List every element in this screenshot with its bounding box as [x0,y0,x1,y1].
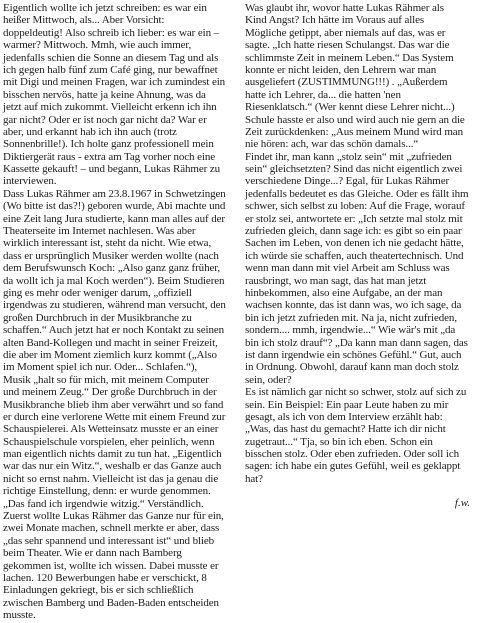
text-line: Zeit zurückdenken: „Aus meinem Mund wird… [245,126,478,138]
text-line: zwei Monate machen, schnell merkte er ab… [3,522,241,534]
text-line: eine Zeit lang Jura studierte, kann man … [3,213,241,225]
text-line: Theaterseite im Internet nachlesen. Was … [3,225,241,237]
text-line: sein, oder? [245,374,478,386]
text-line: wirklich interessant ist, steht da nicht… [3,237,241,249]
text-line: aber, und erkannt hab ich ihn auch (trot… [3,126,241,138]
text-line: wachsen konnte, das ist dann was, wo ich… [245,299,478,311]
text-line: bisschen stolz. Oder eben zufrieden. Ode… [245,448,478,460]
text-line: jedenfalls schien die Sonne an diesem Ta… [3,52,241,64]
text-line: „das sehr spannend und interessant ist“ … [3,535,241,547]
text-line: konnte er nicht leiden, den Lehrern war … [245,64,478,76]
text-line: „Was, das hast du gemacht? Hatte ich dir… [245,423,478,435]
text-line: sein“ gleichsetzten? Sind das nicht eige… [245,163,478,175]
text-line: irgendwas zu studieren, während man vers… [3,299,241,311]
text-line: zugetraut...“ Tja, so bin ich eben. Scho… [245,436,478,448]
text-line: warmer? Mittwoch. Mmh, wie auch immer, [3,39,241,51]
text-line: Kind Angst? Ich hätte im Voraus auf alle… [245,14,478,26]
text-line: Was glaubt ihr, wovor hatte Lukas Rähmer… [245,2,478,14]
text-line: ging es mehr oder weniger darum, „offizi… [3,287,241,299]
text-line: in Ordnung. Obwohl, darauf kann man doch… [245,361,478,373]
text-line: ausgeliefert (ZUSTIMMUNG!!!) . „Außerdem [245,76,478,88]
text-line: ich würde sie schaffen, auch theatertech… [245,250,478,262]
text-line: verschiedene Dinge...? Egal, für Lukas R… [245,175,478,187]
text-line: musste. [3,609,241,621]
text-line: dem Berufswunsch Koch: „Also ganz ganz f… [3,262,241,274]
text-line: alten Band-Kollegen und macht in seiner … [3,337,241,349]
text-line: nie hören: ach, war das schön damals...“ [245,138,478,150]
text-line: Kassette gekauft! – und begann, Lukas Rä… [3,163,241,175]
text-line: dass er ursprünglich Musiker werden woll… [3,250,241,262]
right-column-text: Was glaubt ihr, wovor hatte Lukas Rähmer… [245,2,478,485]
text-line: ist dann irgendwie ein schönes Gefühl.“ … [245,349,478,361]
text-line: schaffen.“ Auch jetzt hat er noch Kontak… [3,324,241,336]
text-line: schwer, sich selbst zu loben: Auf die Fr… [245,200,478,212]
text-line: hatte ich Lehrer, da... die hatten 'nen [245,89,478,101]
text-line: sondern.... mmh, irgendwie...“ Wie wär's… [245,324,478,336]
author-signature: f.w. [245,497,478,509]
text-line: wenn man dann mit viel Arbeit am Schluss… [245,262,478,274]
text-line: die aber im Moment ziemlich kurz kommt (… [3,349,241,361]
text-line: man eigentlich nichts damit zu tun hat. … [3,448,241,460]
text-line: Es ist nämlich gar nicht so schwer, stol… [245,386,478,398]
text-line: bin ich stolz drauf“? „Da kann man dann … [245,337,478,349]
text-line: Sonnenbrille!). Ich holte ganz professio… [3,138,241,150]
text-line: (Wo bitte ist das?!) geboren wurde, Abi … [3,200,241,212]
text-line: bisschen nervös, hatte ja keine Ahnung, … [3,89,241,101]
text-line: zufrieden gleich, dann sage ich: es gibt… [245,225,478,237]
text-line: da wollt ich ja mal Koch werden“). Beim … [3,275,241,287]
text-line: Findet ihr, man kann „stolz sein“ mit „z… [245,151,478,163]
text-line: Schule hasste er also und wird auch nie … [245,114,478,126]
document-page: Eigentlich wollte ich jetzt schreiben: e… [0,0,480,623]
right-column: Was glaubt ihr, wovor hatte Lukas Rähmer… [245,2,478,510]
text-line: im Moment spiel ich nur. Oder... Schlafe… [3,361,241,373]
text-line: sagte. „Ich hatte riesen Schulangst. Das… [245,39,478,51]
text-line: beim Theater. Wie er dann nach Bamberg [3,547,241,559]
text-line: gesagt, als ich von dem Interview erzähl… [245,411,478,423]
text-line: ich gegen halb fünf zum Café ging, nur b… [3,64,241,76]
text-line: rausbringt, wo man sagt, das hat man jet… [245,275,478,287]
text-line: Musikbranche blieb ihm aber verwährt und… [3,399,241,411]
text-line: gar nicht? Oder er ist noch gar nicht da… [3,114,241,126]
text-line: gekommen ist, wollte ich wissen. Dabei m… [3,560,241,572]
text-line: nicht so ernst nahm. Vielleicht ist das … [3,473,241,485]
text-line: sagen: ich habe ein gutes Gefühl, weil e… [245,460,478,472]
text-line: war das nur ein Witz.“, weshalb er das G… [3,460,241,472]
text-line: heißer Mittwoch, als... Aber Vorsicht: [3,14,241,26]
text-line: Eigentlich wollte ich jetzt schreiben: e… [3,2,241,14]
text-line: hat? [245,473,478,485]
text-line: jetzt auf mich zukommt. Vielleicht erken… [3,101,241,113]
text-line: großen Durchbruch in der Musikbranche zu [3,312,241,324]
text-line: „Das fand ich irgendwie witzig.“ Verstän… [3,498,241,510]
text-line: hinbekommen, also eine Aufgabe, an der m… [245,287,478,299]
text-line: Diktiergerät raus - extra am Tag vorher … [3,151,241,163]
text-line: Schauspielerei. Als Wetteinsatz musste e… [3,423,241,435]
text-line: und meinem Zeug.“ Der große Durchbruch i… [3,386,241,398]
text-line: Einladungen gekriegt, bis er sich schlie… [3,584,241,596]
text-line: sein. Ein Beispiel: Ein paar Leute haben… [245,399,478,411]
text-line: schlimmste Zeit in meinem Leben.“ Das Sy… [245,52,478,64]
text-line: Dass Lukas Rähmer am 23.8.1967 in Schwet… [3,188,241,200]
text-line: bin ich jetzt zufrieden mit. Na ja, nich… [245,312,478,324]
text-line: doppeldeutig! Also schreib ich lieber: e… [3,27,241,39]
text-line: Riesenklatsch.“ (Wer kennt diese Lehrer … [245,101,478,113]
text-line: richtige Einstellung, denn: er wurde gen… [3,485,241,497]
text-line: Musik „halt so für mich, mit meinem Comp… [3,374,241,386]
text-line: er stolz sei, antwortete er: „Ich setzte… [245,213,478,225]
text-line: er durch eine verlorene Wette mit einem … [3,411,241,423]
text-line: interviewen. [3,175,241,187]
text-line: Schauspielschule vorspielen, eher peinli… [3,436,241,448]
text-line: zwischen Bamberg und Baden-Baden entsche… [3,597,241,609]
text-line: jedenfalls bedeutet es das Gleiche. Oder… [245,188,478,200]
left-column: Eigentlich wollte ich jetzt schreiben: e… [3,2,241,622]
text-line: Zuerst wollte Lukas Rähmer das Ganze nur… [3,510,241,522]
text-line: mit Digi und meinen Fragen, war ich zumi… [3,76,241,88]
text-line: Mögliche getippt, aber niemals auf das, … [245,27,478,39]
text-line: lachen. 120 Bewerbungen habe er verschic… [3,572,241,584]
text-line: Sachen im Leben, von denen ich nie gedac… [245,237,478,249]
